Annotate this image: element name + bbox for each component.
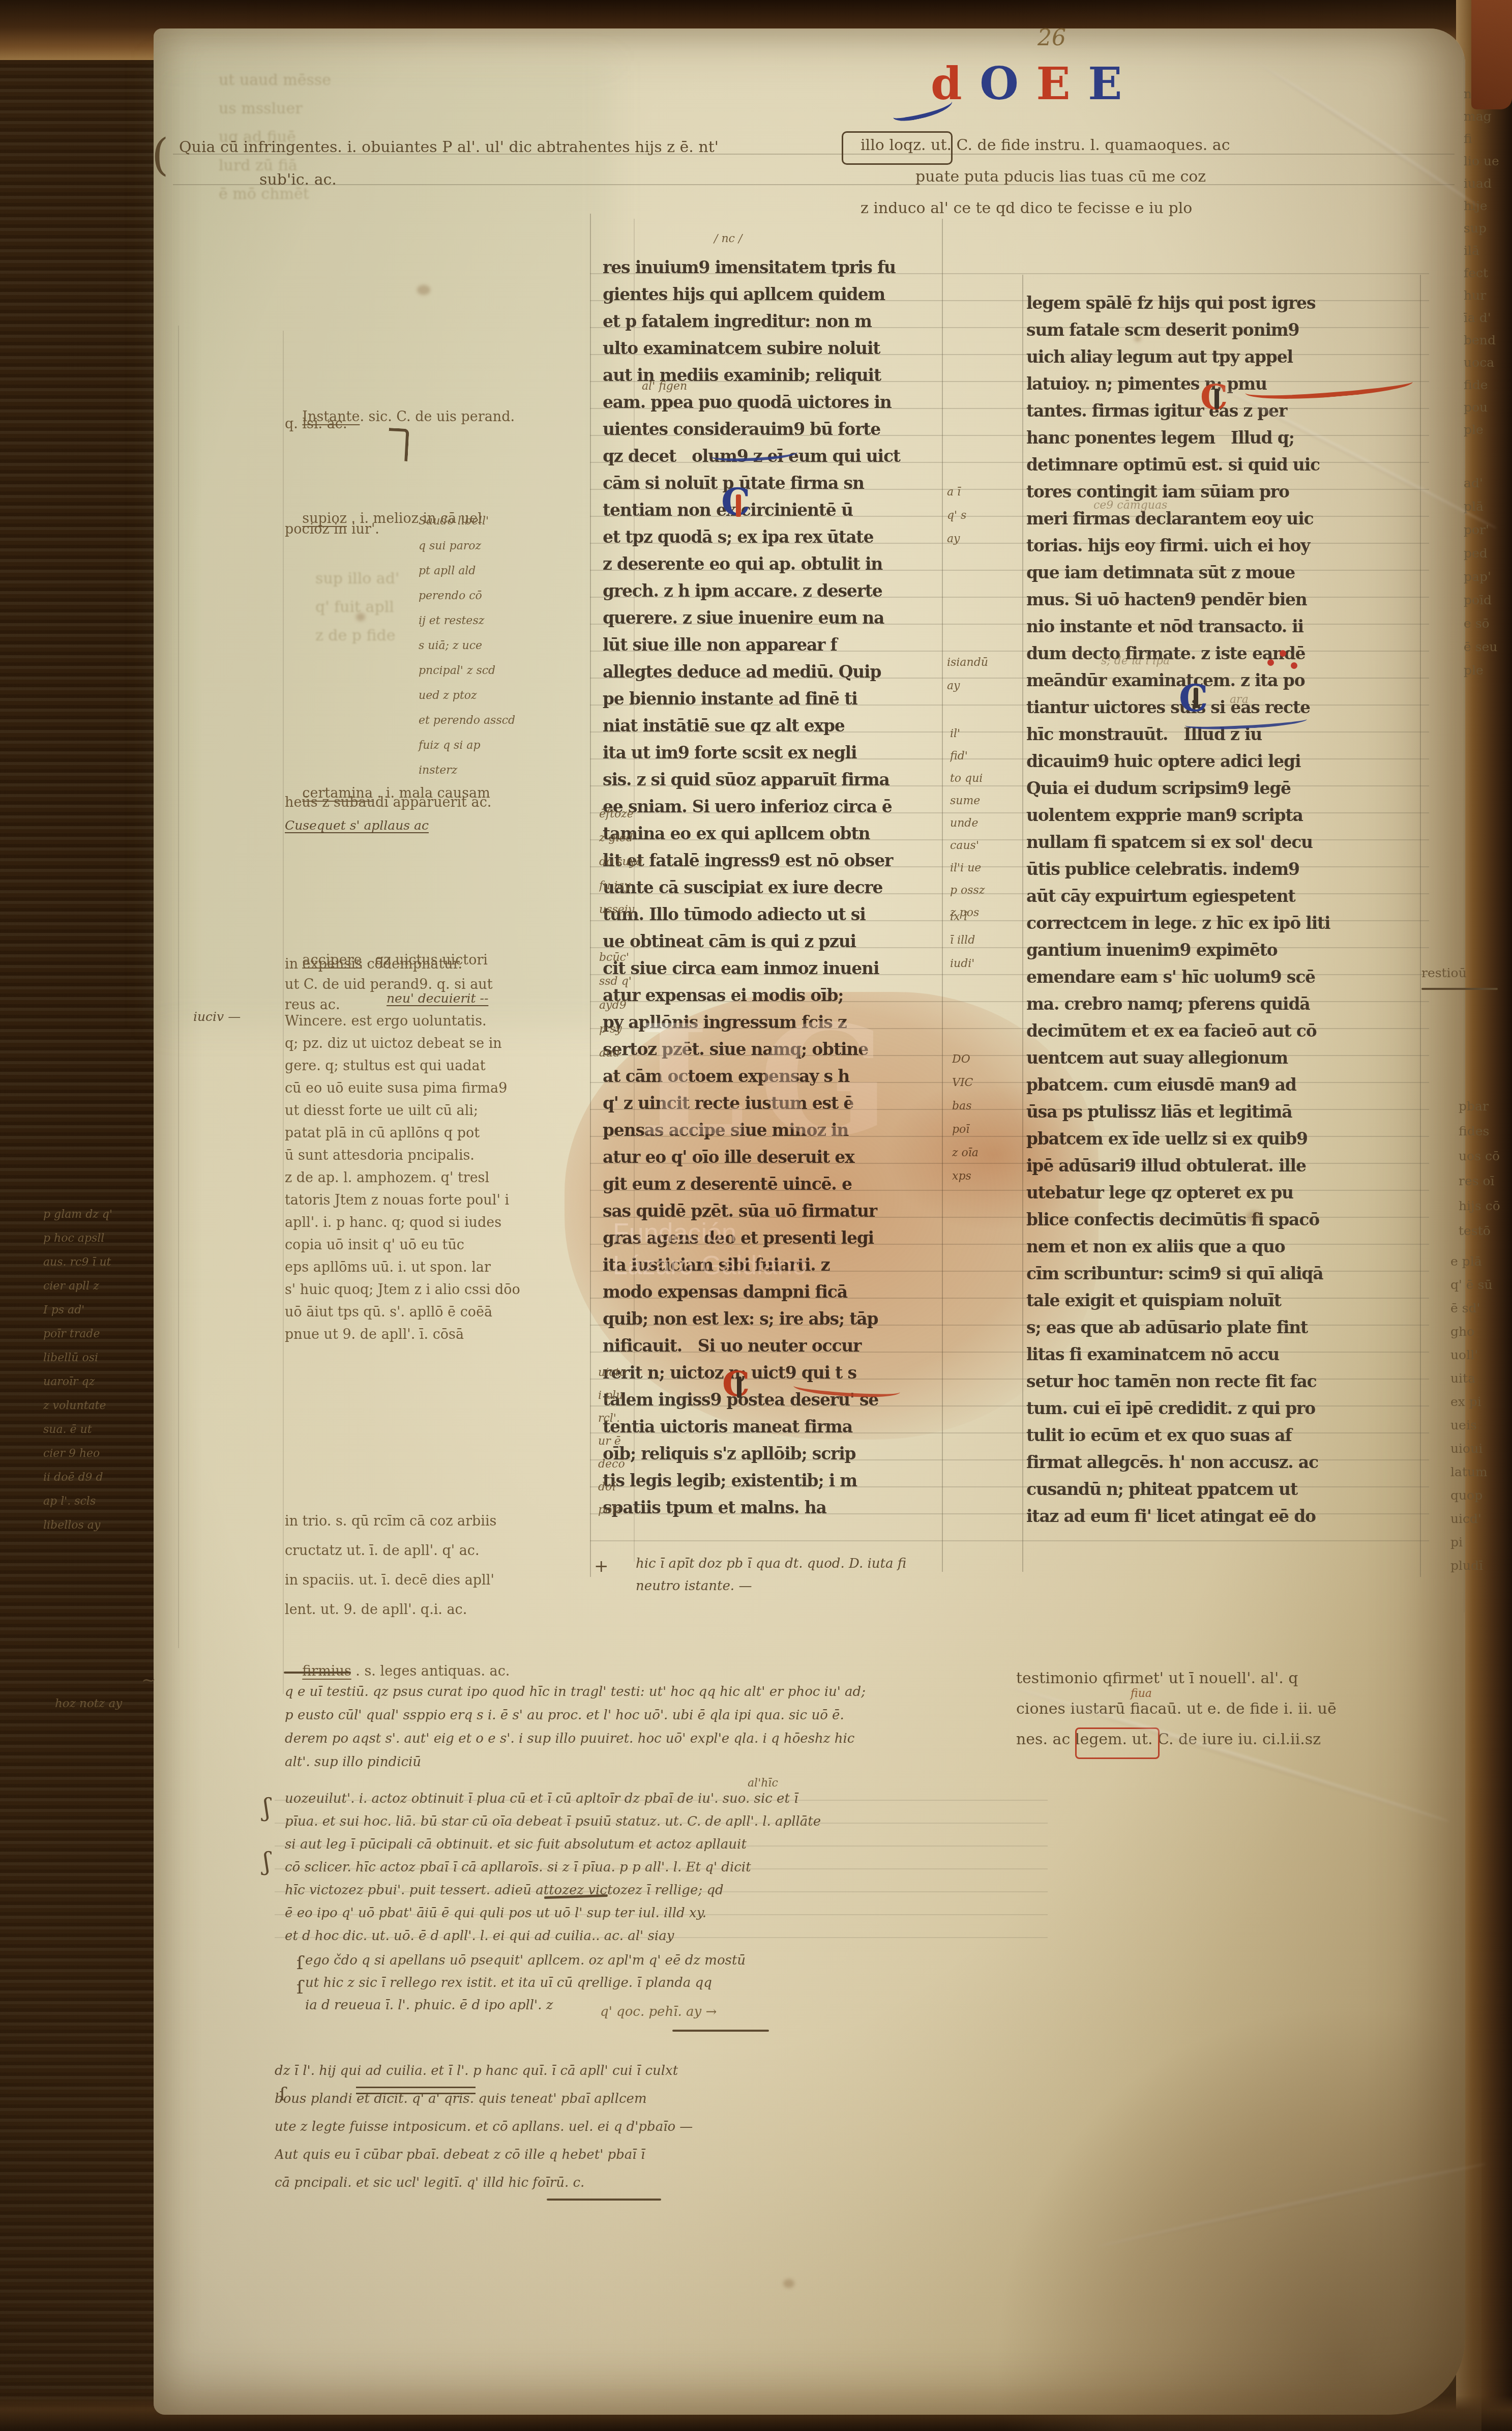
double-underline (356, 2087, 476, 2094)
gutter-gloss-a: Saudo libell'q sui parozpt apll aldperen… (419, 515, 591, 789)
text-line: ēftoze (599, 808, 645, 832)
text-line: q e uī testiū. qz psus curat ipo quod hī… (285, 1684, 1063, 1707)
paraph-red: C (722, 1367, 750, 1401)
initial-infill (736, 494, 741, 517)
text-line: cīm scribuntur: scim9 si quī aliqā (1026, 1263, 1423, 1290)
mid-gloss: isiandūay (947, 656, 1018, 703)
text-line: libellū osi (43, 1352, 267, 1375)
margin-note: iuciv — (193, 1009, 241, 1024)
text-line: ē mō chmēt (219, 185, 544, 214)
text-line: dum decto firmate. z iste eandē (1026, 643, 1423, 670)
gloss-line: ciones iustarū fiacaū. ut e. de fide i. … (1016, 1700, 1512, 1731)
brown-frame-illo (842, 131, 953, 165)
text-line: uolentem expprie man9 scripta (1026, 805, 1423, 832)
note-under-left-column: hic ī apīt doz pb ī qua dt. quod. D. iut… (636, 1556, 1093, 1600)
text-line: pi (1450, 1535, 1512, 1558)
text-line: I ps ad' (43, 1304, 267, 1328)
gloss-text: nes. ac (1016, 1731, 1075, 1748)
text-line: bous plandi et dicit. q' ā' qris. quis t… (275, 2091, 1068, 2119)
underline (1421, 988, 1498, 990)
text-line: usseiy (599, 903, 645, 927)
text-line: q' s (947, 509, 1018, 533)
gloss-bracket: ( (152, 133, 169, 177)
text-line: nificauit. Si uo neuter occur (603, 1335, 938, 1362)
mid-gloss: ix īī illdiudi' (950, 911, 1021, 981)
superscript-gloss: al' figen (642, 380, 687, 393)
text-line: firmat allegcēs. h' non accusz. ac (1026, 1452, 1423, 1479)
text-line: ex pi (1450, 1394, 1512, 1418)
paraph-infill (737, 1376, 742, 1398)
gloss-text: . sic. C. de uis perand. (360, 409, 515, 425)
text-line: cā pncipali. et sic ucl' legitī. q' illd… (275, 2175, 1068, 2203)
gloss-superior-line2: pocioz in iur'. (285, 521, 379, 538)
text-line: latum (1450, 1465, 1512, 1488)
text-line: q; pz. diz ut uictoz debeat se in (285, 1036, 595, 1058)
text-line: doī (598, 1481, 644, 1504)
text-line: utebatur lege qz opteret ex pu (1026, 1182, 1423, 1209)
text-line: et tpz quodā s; ex ipa rex ūtate (603, 526, 938, 553)
text-line: grech. z h ipm accare. z deserte (603, 580, 938, 607)
text-line: uich aliay legum aut tpy appel (1026, 346, 1423, 373)
ruling-horizontal (173, 184, 1455, 185)
text-line: pīua. et sui hoc. liā. bū star cū oīa de… (285, 1813, 1063, 1836)
text-line: il'i ue (950, 862, 1021, 884)
underline (547, 2199, 661, 2201)
interlinear-gloss: ce9 cāmguas (1093, 500, 1167, 512)
ruling-vertical (178, 326, 179, 1648)
text-line: xps (952, 1170, 1023, 1193)
text-line: gras agens deo et presenti legi (603, 1227, 938, 1254)
text-line: p eusto cūl' qual' ssppio erq s i. ē s' … (285, 1707, 1063, 1731)
text-line: hic ī apīt doz pb ī qua dt. quod. D. iut… (636, 1556, 1093, 1578)
text-line: fu iay (599, 880, 645, 903)
text-line: uicd' (1450, 1511, 1512, 1535)
text-line: s' huic quoq; Jtem z i alio cssi dōo (285, 1282, 595, 1304)
text-line: testō (1459, 1223, 1512, 1248)
text-line: pncipal' z scd (419, 664, 591, 689)
text-line: aud (599, 1047, 645, 1071)
gutter-gloss-c: uictoi plurcl'.ur ēdecōdoīpoīz (598, 1366, 644, 1527)
text-line: ueis (1450, 1418, 1512, 1441)
mid-gloss: DOVICbaspoīz oīaxps (952, 1053, 1023, 1193)
ruling-vertical (1464, 56, 1465, 1613)
text-line: sup (1464, 221, 1512, 243)
text-line: in expensis cōdempnatur. (285, 956, 590, 977)
text-line: lūt siue ille non apparear f (603, 634, 938, 661)
text-line: derem po aqst s'. aut' eig et o e s'. i … (285, 1731, 1063, 1754)
text-line: uō āiut tps qū. s'. apllō ē coēā (285, 1304, 595, 1327)
text-line: ū sunt attesdoria pncipalis. (285, 1148, 595, 1170)
text-line: poī (952, 1123, 1023, 1147)
text-line: bcūc' (599, 951, 645, 975)
underline (672, 2030, 769, 2032)
text-line: uos cō (1459, 1149, 1512, 1174)
running-title: d O E E (931, 60, 1123, 107)
text-line: blice confectis decimūtis fi spacō (1026, 1209, 1423, 1236)
text-line: gientes hijs qui apllcem quidem (603, 284, 938, 311)
text-line: ut hic z sic ī rellego rex istit. et ita… (305, 1975, 1068, 1997)
top-gloss-left-line2: sub'ic. ac. (259, 171, 337, 189)
ruling-vertical (590, 214, 591, 1577)
text-line: ma. crebro namq; pferens quidā (1026, 993, 1423, 1020)
running-title-letter: E (1088, 60, 1123, 107)
text-line: querere. z siue inuenire eum na (603, 607, 938, 634)
text-line: p hoc apsll (43, 1232, 267, 1256)
text-line: q' z uincit recte iustum est ē (603, 1093, 938, 1120)
top-gloss-right-line3: z induco al' ce te qd dico te fecisse e … (861, 199, 1466, 218)
ruling-horizontal (173, 154, 1455, 155)
text-line: pbatcem. cum eiusdē man9 ad (1026, 1074, 1423, 1101)
text-line: s uiā; z uce (419, 639, 591, 664)
text-line: sum fatale scm deserit ponim9 (1026, 319, 1423, 346)
text-line: hur (1464, 288, 1512, 310)
text-line: torias. hijs eoy firmi. uich ei hoy (1026, 535, 1423, 562)
cursive-insertion: neu' decuierit -- (387, 991, 488, 1006)
text-line: quib; non est lex: s; ire abs; tāp (603, 1308, 938, 1335)
margin-brace: ʃ (263, 1850, 270, 1874)
text-line: atur expensas ei modis oīb; (603, 985, 938, 1012)
text-line: res oī (1459, 1174, 1512, 1198)
text-line: tale exigit et quispiam noluīt (1026, 1290, 1423, 1317)
margin-mark: ~ (141, 1672, 156, 1689)
text-line: z voluntate (43, 1399, 267, 1423)
text-line: uante cā suscipiat ex iure decre (603, 877, 938, 904)
text-line: res inuium9 imensitatem tpris fu (603, 257, 938, 284)
text-line: fides (1459, 1124, 1512, 1149)
text-line: p sy (599, 1023, 645, 1047)
text-line: perendo cō (419, 590, 591, 614)
text-line: allegtes deduce ad mediū. Quip (603, 661, 938, 688)
mid-gloss: a īq' say (947, 486, 1018, 556)
text-line: ut diesst forte ue uilt cū ali; (285, 1103, 595, 1125)
text-line: uioui (1450, 1441, 1512, 1465)
gutter-gloss-b: ēftozez gieddo suyafu iayusseiybcūc'ssd … (599, 808, 645, 1071)
text-line: tum. Illo tūmodo adiecto ut si (603, 904, 938, 931)
gloss-certamina-line2: heūs z subaudi apparuerit ac. (285, 795, 491, 811)
text-line: fide (1464, 377, 1512, 400)
text-line: q' ē sū (1450, 1277, 1512, 1301)
foxing-spot (1246, 1211, 1261, 1223)
text-line: ple (1464, 422, 1512, 445)
right-margin-gloss: pbarfidesuos cōres oīhijs cōtestō (1459, 1099, 1512, 1248)
text-line: correctcem in lege. z hīc ex ipō liti (1026, 913, 1423, 940)
superscript-gloss: al'hīc (748, 1777, 778, 1790)
running-title-letter: O (980, 60, 1020, 107)
gloss-text: . s. leges antiquas. ac. (351, 1663, 510, 1679)
text-line: ad' (1464, 476, 1512, 499)
text-line: pensas accipe siue minoz in (603, 1120, 938, 1147)
text-line: insterz (419, 764, 591, 789)
text-line: oīb; reliquis s'z apllōib; scrip (603, 1443, 938, 1470)
text-line: tatoris Jtem z nouas forte poul' i (285, 1192, 595, 1215)
text-line: cit siue circa eam inmoz inueni (603, 958, 938, 985)
text-line: tamina eo ex qui apllcem obtn (603, 823, 938, 850)
red-frame-legem (1075, 1727, 1160, 1759)
text-line: gho (1450, 1324, 1512, 1348)
text-line: z deserente eo qui ap. obtulit in (603, 553, 938, 580)
text-line: nullam fi spatcem si ex sol' decu (1026, 832, 1423, 859)
text-line: pbatcem ex īde uellz si ex quib9 (1026, 1128, 1423, 1155)
text-line: bend (1464, 333, 1512, 355)
text-line: pt apll ald (419, 565, 591, 590)
interlinear-gloss: s; de īa ī ipa (1101, 655, 1170, 667)
text-line: mus. Si uō hacten9 pendēr bien (1026, 589, 1423, 616)
text-line: uientes considerauim9 bū forte (603, 419, 938, 446)
text-line: decō (598, 1458, 644, 1481)
text-line: cier apll z (43, 1280, 267, 1304)
text-line: por' (1464, 522, 1512, 546)
text-line: libellos ay (43, 1519, 267, 1543)
text-line: e plā (1450, 1254, 1512, 1277)
text-line: litas fi examinatcem nō accu (1026, 1344, 1423, 1371)
gloss-citation-items: in trio. s. qū rcīm cā coz arbiiscructat… (285, 1513, 600, 1631)
text-line: ple (1464, 663, 1512, 686)
top-gloss-right-line2: puate puta pducis lias tuas cū me coz (915, 168, 1470, 186)
text-line: rcl'. (598, 1412, 644, 1435)
text-line: ur ē (598, 1435, 644, 1458)
text-line: p ossz (950, 884, 1021, 906)
text-line: z oīa (952, 1147, 1023, 1170)
gloss-instante-line2: q. lsi. ac. (285, 416, 347, 432)
text-line: que iam detimnata sūt z moue (1026, 562, 1423, 589)
text-line: hīc victozez pbui'. puit tessert. adieū … (285, 1882, 1063, 1905)
text-line: z de ap. l. amphozem. q' tresl (285, 1170, 595, 1192)
text-line: ssd q' (599, 975, 645, 999)
text-line: i plu (598, 1389, 644, 1412)
text-line: ē eo ipo q' uō pbat' āiū ē qui quli pos … (285, 1905, 1063, 1928)
text-line: isiandū (947, 656, 1018, 680)
text-line: Wincere. est ergo uoluntatis. (285, 1013, 595, 1036)
text-line: fuiz q si ap (419, 739, 591, 764)
text-line: uentcem aut suay allegionum (1026, 1047, 1423, 1074)
text-line: VIC (952, 1076, 1023, 1100)
superscript-gloss: / nc / (714, 233, 742, 245)
text-line: meāndūr examinatcem. z ita po (1026, 670, 1423, 697)
text-line: lio ue (1464, 154, 1512, 176)
red-dot-doodle (1280, 650, 1286, 657)
text-line: ute z legte fuisse intposicum. et cō apl… (275, 2119, 1068, 2147)
superscript-gloss: fiua (1131, 1688, 1152, 1700)
text-line: uozeuilut'. i. actoz obtinuit ī plua cū … (285, 1791, 1063, 1813)
bottom-note-block-a: q e uī testiū. qz psus curat ipo quod hī… (285, 1684, 1063, 1777)
text-line: git eum z deserentē uincē. e (603, 1174, 938, 1200)
right-margin-gloss: e plāq' ē sūē sd'ghouoll'uitaex piueisui… (1450, 1254, 1512, 1581)
text-line: sas quidē pzēt. sūa uō firmatur (603, 1200, 938, 1227)
margin-brace: ſ (297, 1954, 303, 1973)
text-line: ē sd' (1450, 1301, 1512, 1324)
foxing-spot (1134, 336, 1141, 342)
text-line: itaz ad eum fi' licet atingat eē do (1026, 1506, 1423, 1533)
text-line: ix ī (950, 911, 1021, 934)
text-line: gantium inuenim9 expimēto (1026, 940, 1423, 966)
text-line: ap l'. scls (43, 1495, 267, 1519)
text-line: at cām octoem expensay s h (603, 1066, 938, 1093)
right-margin-gloss: ad'plāpor'pedpap'poīde sōē seuple (1464, 476, 1512, 686)
text-line: alt'. sup illo pindiciū (285, 1754, 1063, 1777)
text-line: z gied (599, 832, 645, 856)
bottom-note-block-d: dz ī l'. hij qui ad cuilia. et ī l'. p h… (275, 2063, 1068, 2203)
text-line: ē seu (1464, 639, 1512, 663)
red-dot-doodle (1267, 659, 1274, 666)
red-dot-doodle (1291, 662, 1297, 669)
right-margin-gloss: ngsmagfilio ueiuadhijesupilāfecthurīa d'… (1464, 86, 1512, 445)
text-line: ee sniam. Si uero inferioz circa ē (603, 796, 938, 823)
text-line: Quia ei dudum scripsim9 legē (1026, 778, 1423, 805)
text-line: ij et restesz (419, 614, 591, 639)
manuscript-photo: ut uaud mēsseus mssluerug ad fiuēlurd zū… (0, 0, 1512, 2431)
text-line: ue obtineat cām is qui z pzui (603, 931, 938, 958)
interlinear-gloss: ara (1230, 694, 1249, 706)
text-line: modo expensas dampni ficā (603, 1281, 938, 1308)
folio-number: 26 (1037, 26, 1066, 50)
text-line: bas (952, 1100, 1023, 1123)
text-line: tentia uictoris maneat firma (603, 1416, 938, 1443)
text-line: nio instante et nōd transacto. ii (1026, 616, 1423, 643)
text-line: uoll' (1450, 1348, 1512, 1371)
text-line: pe biennio instante ad finē ti (603, 688, 938, 715)
text-line: eps apllōms uū. i. ut spon. lar (285, 1260, 595, 1282)
text-line: setur hoc tamēn non recte fit fac (1026, 1371, 1423, 1398)
ruling-vertical (634, 219, 635, 1562)
foxing-spot (783, 2279, 794, 2288)
text-line: sua. ē ut (43, 1423, 267, 1447)
text-line: lit et fatalē ingress9 est nō obser (603, 850, 938, 877)
text-line: nem et non ex aliis que a quo (1026, 1236, 1423, 1263)
text-line: legem spālē fz hijs qui post igres (1026, 292, 1423, 319)
margin-note: restioū (1421, 965, 1467, 981)
lemma-underline (284, 1672, 351, 1674)
text-line: Saudo libell' (419, 515, 591, 540)
text-line: pludī (1450, 1558, 1512, 1581)
text-line: neutro istante. — (636, 1578, 1093, 1600)
text-line: pnue ut 9. de apll'. ī. cōsā (285, 1327, 595, 1349)
page-curl-shadow (983, 1994, 1481, 2431)
text-line: pap' (1464, 569, 1512, 593)
text-line: mag (1464, 109, 1512, 131)
margin-note: hoz notz ay (55, 1697, 122, 1710)
cursive-insertion: Cusequet s' apllaus ac (285, 818, 429, 833)
text-line: ūtis publice celebratis. indem9 (1026, 859, 1423, 886)
gloss-accipere-lines: in expensis cōdempnatur.ut C. de uid per… (285, 956, 590, 1017)
gloss-vincere-block: Wincere. est ergo uoluntatis.q; pz. diz … (285, 1013, 595, 1349)
text-line: tulit io ecūm et ex quo suas af (1026, 1425, 1423, 1452)
text-line: tores contingit iam sūiam pro (1026, 481, 1423, 508)
text-line: spatiis tpum et malns. ha (603, 1497, 938, 1524)
text-line: niat instātiē sue qz alt expe (603, 715, 938, 742)
text-line: eam. ppea puo quodā uictores in (603, 392, 938, 419)
text-line: ī illd (950, 934, 1021, 957)
text-line: ita ut im9 forte scsit ex negli (603, 742, 938, 769)
text-line: aus. rc9 ī ut (43, 1256, 267, 1280)
text-line: il' (950, 727, 1021, 750)
text-line: ay (947, 533, 1018, 556)
margin-brace: ſ (297, 1979, 303, 1997)
margin-brace: ſ (279, 2086, 286, 2104)
text-line: iudi' (950, 957, 1021, 981)
text-line: uaroīr qz (43, 1375, 267, 1399)
ruling-vertical (942, 219, 943, 1572)
text-line: us mssluer (219, 100, 544, 128)
ruling-vertical (1022, 275, 1023, 1572)
text-line: unde (950, 817, 1021, 839)
paraph-infill (1194, 688, 1198, 708)
text-line: p glam dz q' (43, 1208, 267, 1232)
text-line: uita (1450, 1371, 1512, 1394)
text-line: tentiam non ex circinientē ū (603, 500, 938, 526)
text-line: dicauim9 huic optere adici legi (1026, 751, 1423, 778)
text-line: et d hoc dic. ut. uō. ē d apll'. l. ei q… (285, 1928, 1063, 1951)
text-line: e sō (1464, 616, 1512, 639)
gloss-line: testimonio qfirmet' ut ī nouell'. al'. q (1016, 1670, 1512, 1700)
text-line: a ī (947, 486, 1018, 509)
text-line: aūt cāy expuirtum egiespetent (1026, 886, 1423, 913)
text-line: poīd (1464, 593, 1512, 616)
text-line: sume (950, 795, 1021, 817)
text-line: ut uaud mēsse (219, 71, 544, 100)
insertion-mark: + (594, 1558, 609, 1575)
text-line: ayd9 (599, 999, 645, 1023)
text-line: cier 9 heo (43, 1447, 267, 1471)
text-line: ii doē d9 d (43, 1471, 267, 1495)
paraph-infill (1214, 389, 1219, 409)
text-line: ita iusticiam sibi fuiarti. z (603, 1254, 938, 1281)
text-line: meri firmas declarantem eoy uic (1026, 508, 1423, 535)
bottom-note-block-b: uozeuilut'. i. actoz obtinuit ī plua cū … (285, 1791, 1063, 1951)
text-line: to qui (950, 772, 1021, 795)
ruling-vertical (283, 331, 284, 1694)
text-line: plā (1464, 499, 1512, 522)
text-line: cū eo uō euite susa pima firma9 (285, 1080, 595, 1103)
text-line: q sui paroz (419, 540, 591, 565)
text-line: fid' (950, 750, 1021, 772)
text-line: uoca (1464, 355, 1512, 377)
text-line: ipē adūsari9 illud obtulerat. ille (1026, 1155, 1423, 1182)
text-line: uicto (598, 1366, 644, 1389)
foxing-spot (417, 285, 430, 295)
text-line: cām si noluīt p ūtate firma sn (603, 473, 938, 500)
text-line: ay (947, 680, 1018, 703)
text-line: sertoz pzēt. siue namq; obtine (603, 1039, 938, 1066)
text-line: sis. z si quid sūoz apparuīt firma (603, 769, 938, 796)
main-column-right: legem spālē fz hijs qui post igressum fa… (1026, 292, 1423, 1533)
farleft-gloss: p glam dz q'p hoc apsllaus. rc9 ī utcier… (43, 1208, 267, 1543)
text-line: copia uō insit q' uō eu tūc (285, 1237, 595, 1260)
text-line: īa d' (1464, 310, 1512, 333)
text-line: DO (952, 1053, 1023, 1076)
text-line: emendare eam s' hīc uolum9 scē (1026, 966, 1423, 993)
text-line: hijs cō (1459, 1198, 1512, 1223)
text-line: gere. q; stultus est qui uadat (285, 1058, 595, 1080)
text-line (599, 927, 645, 951)
text-line: ped (1464, 546, 1512, 569)
text-line: cusandū n; phiteat ppatcem ut (1026, 1479, 1423, 1506)
text-line: pbar (1459, 1099, 1512, 1124)
text-line: tum. cui eī ipē credidit. z qui pro (1026, 1398, 1423, 1425)
text-line: hanc ponentes legem Illud q; (1026, 427, 1423, 454)
text-line: iuad (1464, 176, 1512, 198)
text-line: ilā (1464, 243, 1512, 266)
text-line: Aut quis eu ī cūbar pbaī. debeat z cō il… (275, 2147, 1068, 2175)
paragraph-mark (387, 428, 409, 461)
leather-corner (1471, 0, 1512, 109)
cursive-addition: q' qoc. pehī. ay → (600, 2004, 717, 2019)
text-line: tis legis legib; existentib; i m (603, 1470, 938, 1497)
margin-brace: ʃ (263, 1796, 270, 1820)
text-line: cō sclicer. hīc actoz pbaī ī cā apllaroī… (285, 1859, 1063, 1882)
text-line: s; eas que ab adūsario plate fint (1026, 1317, 1423, 1344)
text-line: ued z ptoz (419, 689, 591, 714)
text-line: fect (1464, 266, 1512, 288)
